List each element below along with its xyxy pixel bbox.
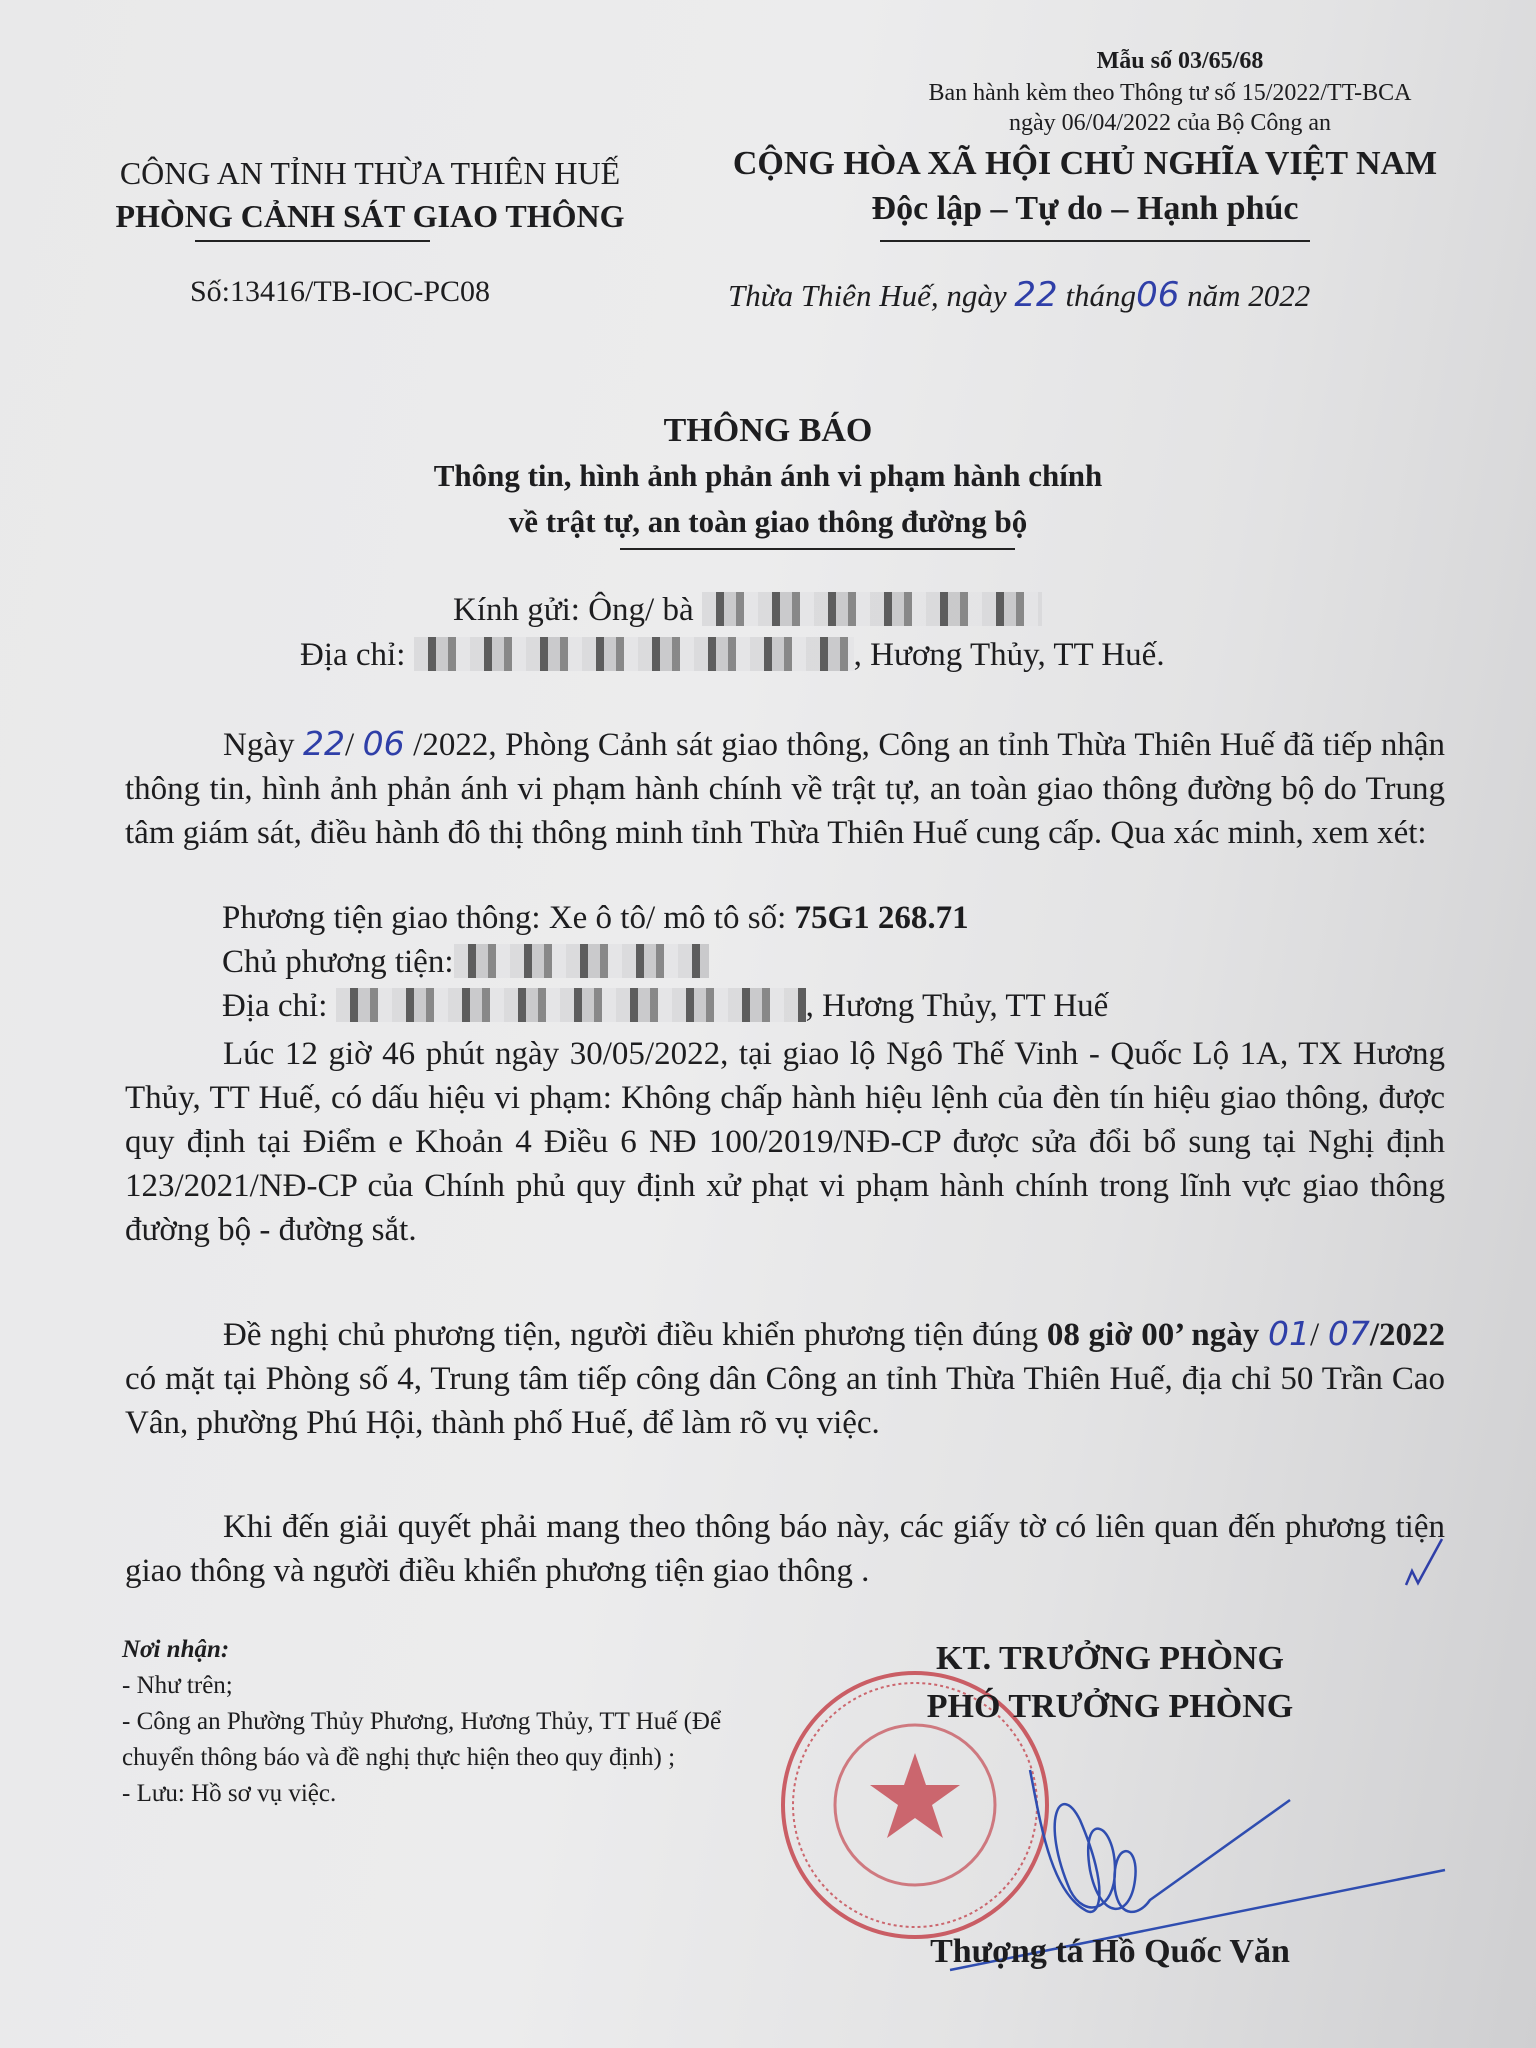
motto-underline (880, 240, 1310, 242)
paragraph-documents: Khi đến giải quyết phải mang theo thông … (125, 1505, 1445, 1593)
recipient-line: Kính gửi: Ông/ bà (453, 592, 1042, 629)
org-underline (195, 240, 430, 242)
recipients-block: Nơi nhận: - Như trên; - Công an Phường T… (122, 1632, 722, 1812)
nation-title: CỘNG HÒA XÃ HỘI CHỦ NGHĨA VIỆT NAM (695, 145, 1475, 183)
paragraph-receipt: Ngày 22/ 06 /2022, Phòng Cảnh sát giao t… (125, 722, 1445, 855)
vehicle-plate: 75G1 268.71 (795, 900, 969, 936)
place-date-prefix: Thừa Thiên Huế, ngày (728, 278, 1007, 313)
nation-motto: Độc lập – Tự do – Hạnh phúc (695, 190, 1475, 228)
form-code: Mẫu số 03/65/68 (1000, 48, 1360, 75)
form-issued-with: Ban hành kèm theo Thông tư số 15/2022/TT… (880, 80, 1460, 107)
vehicle-line: Phương tiện giao thông: Xe ô tô/ mô tô s… (222, 900, 969, 937)
vehicle-label: Phương tiện giao thông: Xe ô tô/ mô tô s… (222, 900, 786, 936)
handwritten-p1-day: 22 (303, 724, 345, 763)
handwritten-p3-day: 01 (1268, 1314, 1310, 1353)
signature-title-1: KT. TRƯỞNG PHÒNG (880, 1640, 1340, 1678)
document-title: THÔNG BÁO (0, 412, 1536, 450)
owner-line: Chủ phương tiện: (222, 944, 709, 981)
recipient-label: Kính gửi: Ông/ bà (453, 592, 694, 628)
handwritten-p1-month: 06 (363, 724, 405, 763)
document-subtitle-2: về trật tự, an toàn giao thông đường bộ (0, 504, 1536, 540)
paragraph-summons: Đề nghị chủ phương tiện, người điều khiể… (125, 1312, 1445, 1445)
org-department: PHÒNG CẢNH SÁT GIAO THÔNG (60, 198, 680, 235)
redacted-recipient-address (414, 637, 854, 671)
place-date: Thừa Thiên Huế, ngày 22 tháng06 năm 2022 (728, 275, 1310, 315)
signature-title-2: PHÓ TRƯỞNG PHÒNG (870, 1688, 1350, 1726)
p3-year: /2022 (1370, 1317, 1445, 1353)
redacted-owner-name (454, 944, 709, 978)
p3-time: 08 giờ 00’ ngày (1047, 1317, 1259, 1353)
recipient-item: - Công an Phường Thủy Phương, Hương Thủy… (122, 1704, 722, 1776)
address-label: Địa chỉ: (300, 637, 405, 673)
owner-address-label: Địa chỉ: (222, 988, 327, 1024)
handwritten-day: 22 (1014, 275, 1057, 315)
org-parent: CÔNG AN TỈNH THỪA THIÊN HUẾ (60, 155, 680, 192)
paragraph-violation: Lúc 12 giờ 46 phút ngày 30/05/2022, tại … (125, 1032, 1445, 1252)
signer-name: Thượng tá Hồ Quốc Văn (880, 1933, 1340, 1971)
year-label: năm 2022 (1187, 278, 1310, 313)
recipient-item: - Như trên; (122, 1668, 722, 1704)
address-suffix: , Hương Thủy, TT Huế. (854, 637, 1165, 673)
redacted-recipient-name (702, 592, 1042, 626)
p1-prefix: Ngày (223, 727, 294, 763)
p3-prefix: Đề nghị chủ phương tiện, người điều khiể… (223, 1317, 1038, 1353)
owner-label: Chủ phương tiện: (222, 944, 454, 980)
handwritten-p3-month: 07 (1328, 1314, 1370, 1353)
form-issued-date: ngày 06/04/2022 của Bộ Công an (880, 110, 1460, 137)
p3-text: có mặt tại Phòng số 4, Trung tâm tiếp cô… (125, 1361, 1445, 1441)
recipients-heading: Nơi nhận: (122, 1632, 722, 1668)
title-underline (620, 548, 1015, 550)
recipient-item: - Lưu: Hồ sơ vụ việc. (122, 1776, 722, 1812)
recipient-address-line: Địa chỉ: , Hương Thủy, TT Huế. (300, 637, 1165, 674)
handwritten-check-mark (1398, 1535, 1448, 1590)
document-subtitle-1: Thông tin, hình ảnh phản ánh vi phạm hàn… (0, 458, 1536, 494)
document-number: Số:13416/TB-IOC-PC08 (190, 275, 490, 309)
handwritten-month: 06 (1136, 275, 1179, 315)
redacted-owner-address (336, 988, 806, 1022)
owner-address-suffix: , Hương Thủy, TT Huế (806, 988, 1109, 1024)
owner-address-line: Địa chỉ: , Hương Thủy, TT Huế (222, 988, 1108, 1025)
month-label: tháng (1065, 278, 1136, 313)
